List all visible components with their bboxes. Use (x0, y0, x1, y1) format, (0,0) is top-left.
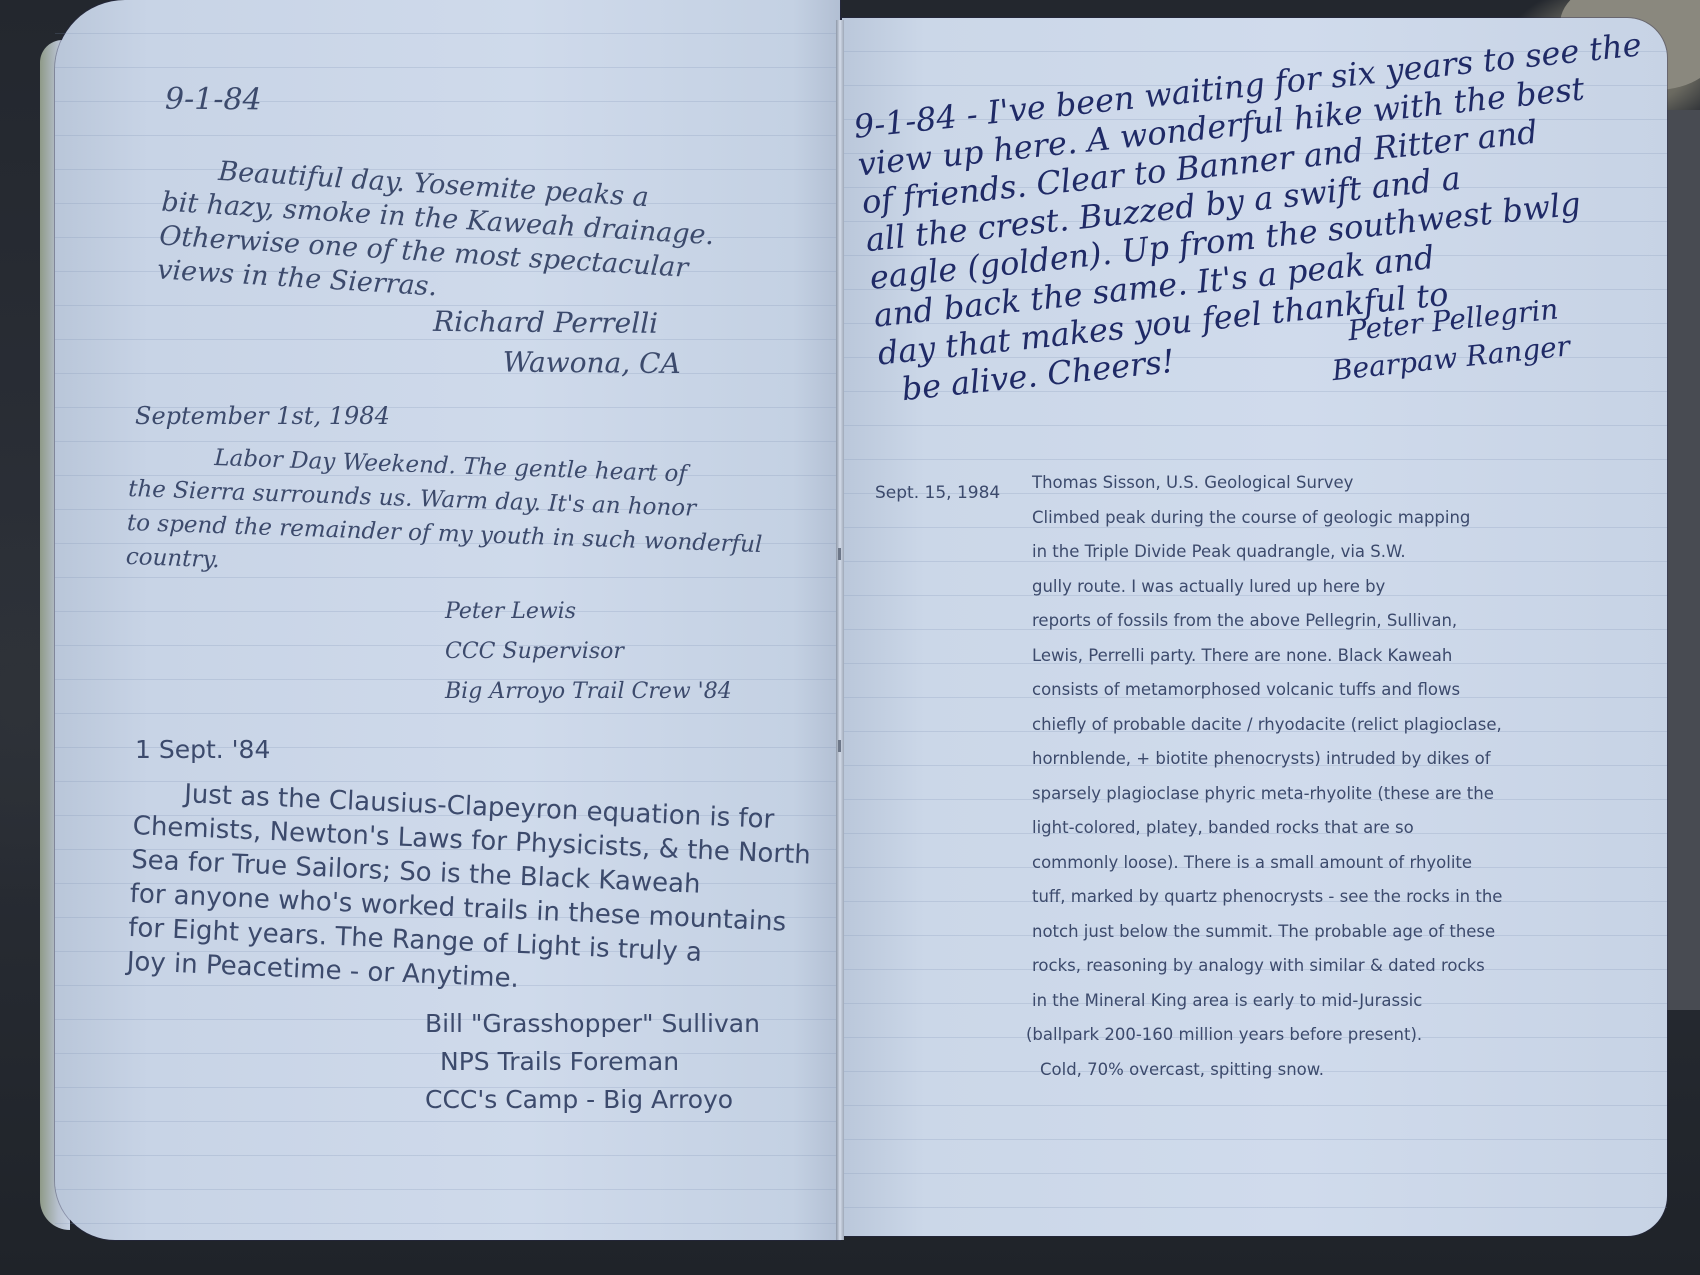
entry-line: rocks, reasoning by analogy with similar… (1032, 949, 1502, 984)
entry-date: September 1st, 1984 (135, 402, 390, 430)
entry-line: in the Mineral King area is early to mid… (1032, 984, 1502, 1019)
binding-stitch (838, 740, 841, 752)
signature-name: Richard Perrelli (433, 302, 681, 344)
signature-name: Peter Lewis (445, 592, 732, 632)
entry-line: gully route. I was actually lured up her… (1032, 570, 1502, 605)
entry-line: light-colored, platey, banded rocks that… (1032, 811, 1502, 846)
entry-lewis: September 1st, 1984 Labor Day Weekend. T… (135, 402, 390, 430)
entry-sullivan: 1 Sept. '84 Just as the Clausius-Clapeyr… (135, 735, 270, 764)
entry-line: notch just below the summit. The probabl… (1032, 915, 1502, 950)
entry-line: Thomas Sisson, U.S. Geological Survey (1032, 466, 1502, 501)
entry-line: sparsely plagioclase phyric meta-rhyolit… (1032, 777, 1502, 812)
notebook: 9-1-84 Beautiful day. Yosemite peaks a b… (0, 0, 1700, 1275)
entry-line: Lewis, Perrelli party. There are none. B… (1032, 639, 1502, 674)
entry-line: (ballpark 200-160 million years before p… (1026, 1018, 1502, 1053)
entry-body: Just as the Clausius-Clapeyron equation … (126, 775, 813, 1008)
signature-name: Bill "Grasshopper" Sullivan (425, 1005, 760, 1043)
entry-line: commonly loose). There is a small amount… (1032, 846, 1502, 881)
entry-body: Labor Day Weekend. The gentle heart of t… (125, 438, 765, 596)
entry-line: Cold, 70% overcast, spitting snow. (1032, 1053, 1502, 1088)
entry-line: in the Triple Divide Peak quadrangle, vi… (1032, 535, 1502, 570)
entry-sisson: Thomas Sisson, U.S. Geological Survey Cl… (1032, 466, 1502, 1087)
signature-affiliation: Big Arroyo Trail Crew '84 (445, 672, 732, 712)
entry-signature: Richard Perrelli Wawona, CA (433, 302, 682, 384)
signature-location: Wawona, CA (433, 342, 681, 384)
entry-line: tuff, marked by quartz phenocrysts - see… (1032, 880, 1502, 915)
entry-line: Climbed peak during the course of geolog… (1032, 501, 1502, 536)
entry-line: hornblende, + biotite phenocrysts) intru… (1032, 742, 1502, 777)
signature-title: NPS Trails Foreman (425, 1043, 760, 1081)
signature-title: CCC Supervisor (445, 632, 732, 672)
entry-date: 9-1-84 (165, 82, 262, 118)
entry-line: reports of fossils from the above Pelleg… (1032, 604, 1502, 639)
signature-affiliation: CCC's Camp - Big Arroyo (425, 1081, 760, 1119)
entry-line: chiefly of probable dacite / rhyodacite … (1032, 708, 1502, 743)
entry-line: consists of metamorphosed volcanic tuffs… (1032, 673, 1502, 708)
entry-date-sisson: Sept. 15, 1984 (875, 483, 1000, 503)
entry-signature: Bill "Grasshopper" Sullivan NPS Trails F… (425, 1005, 760, 1119)
entry-signature: Peter Lewis CCC Supervisor Big Arroyo Tr… (445, 592, 732, 712)
entry-perrelli: 9-1-84 Beautiful day. Yosemite peaks a b… (165, 82, 262, 118)
entry-date: 1 Sept. '84 (135, 735, 270, 764)
notebook-gutter (836, 20, 844, 1240)
binding-stitch (838, 548, 841, 560)
